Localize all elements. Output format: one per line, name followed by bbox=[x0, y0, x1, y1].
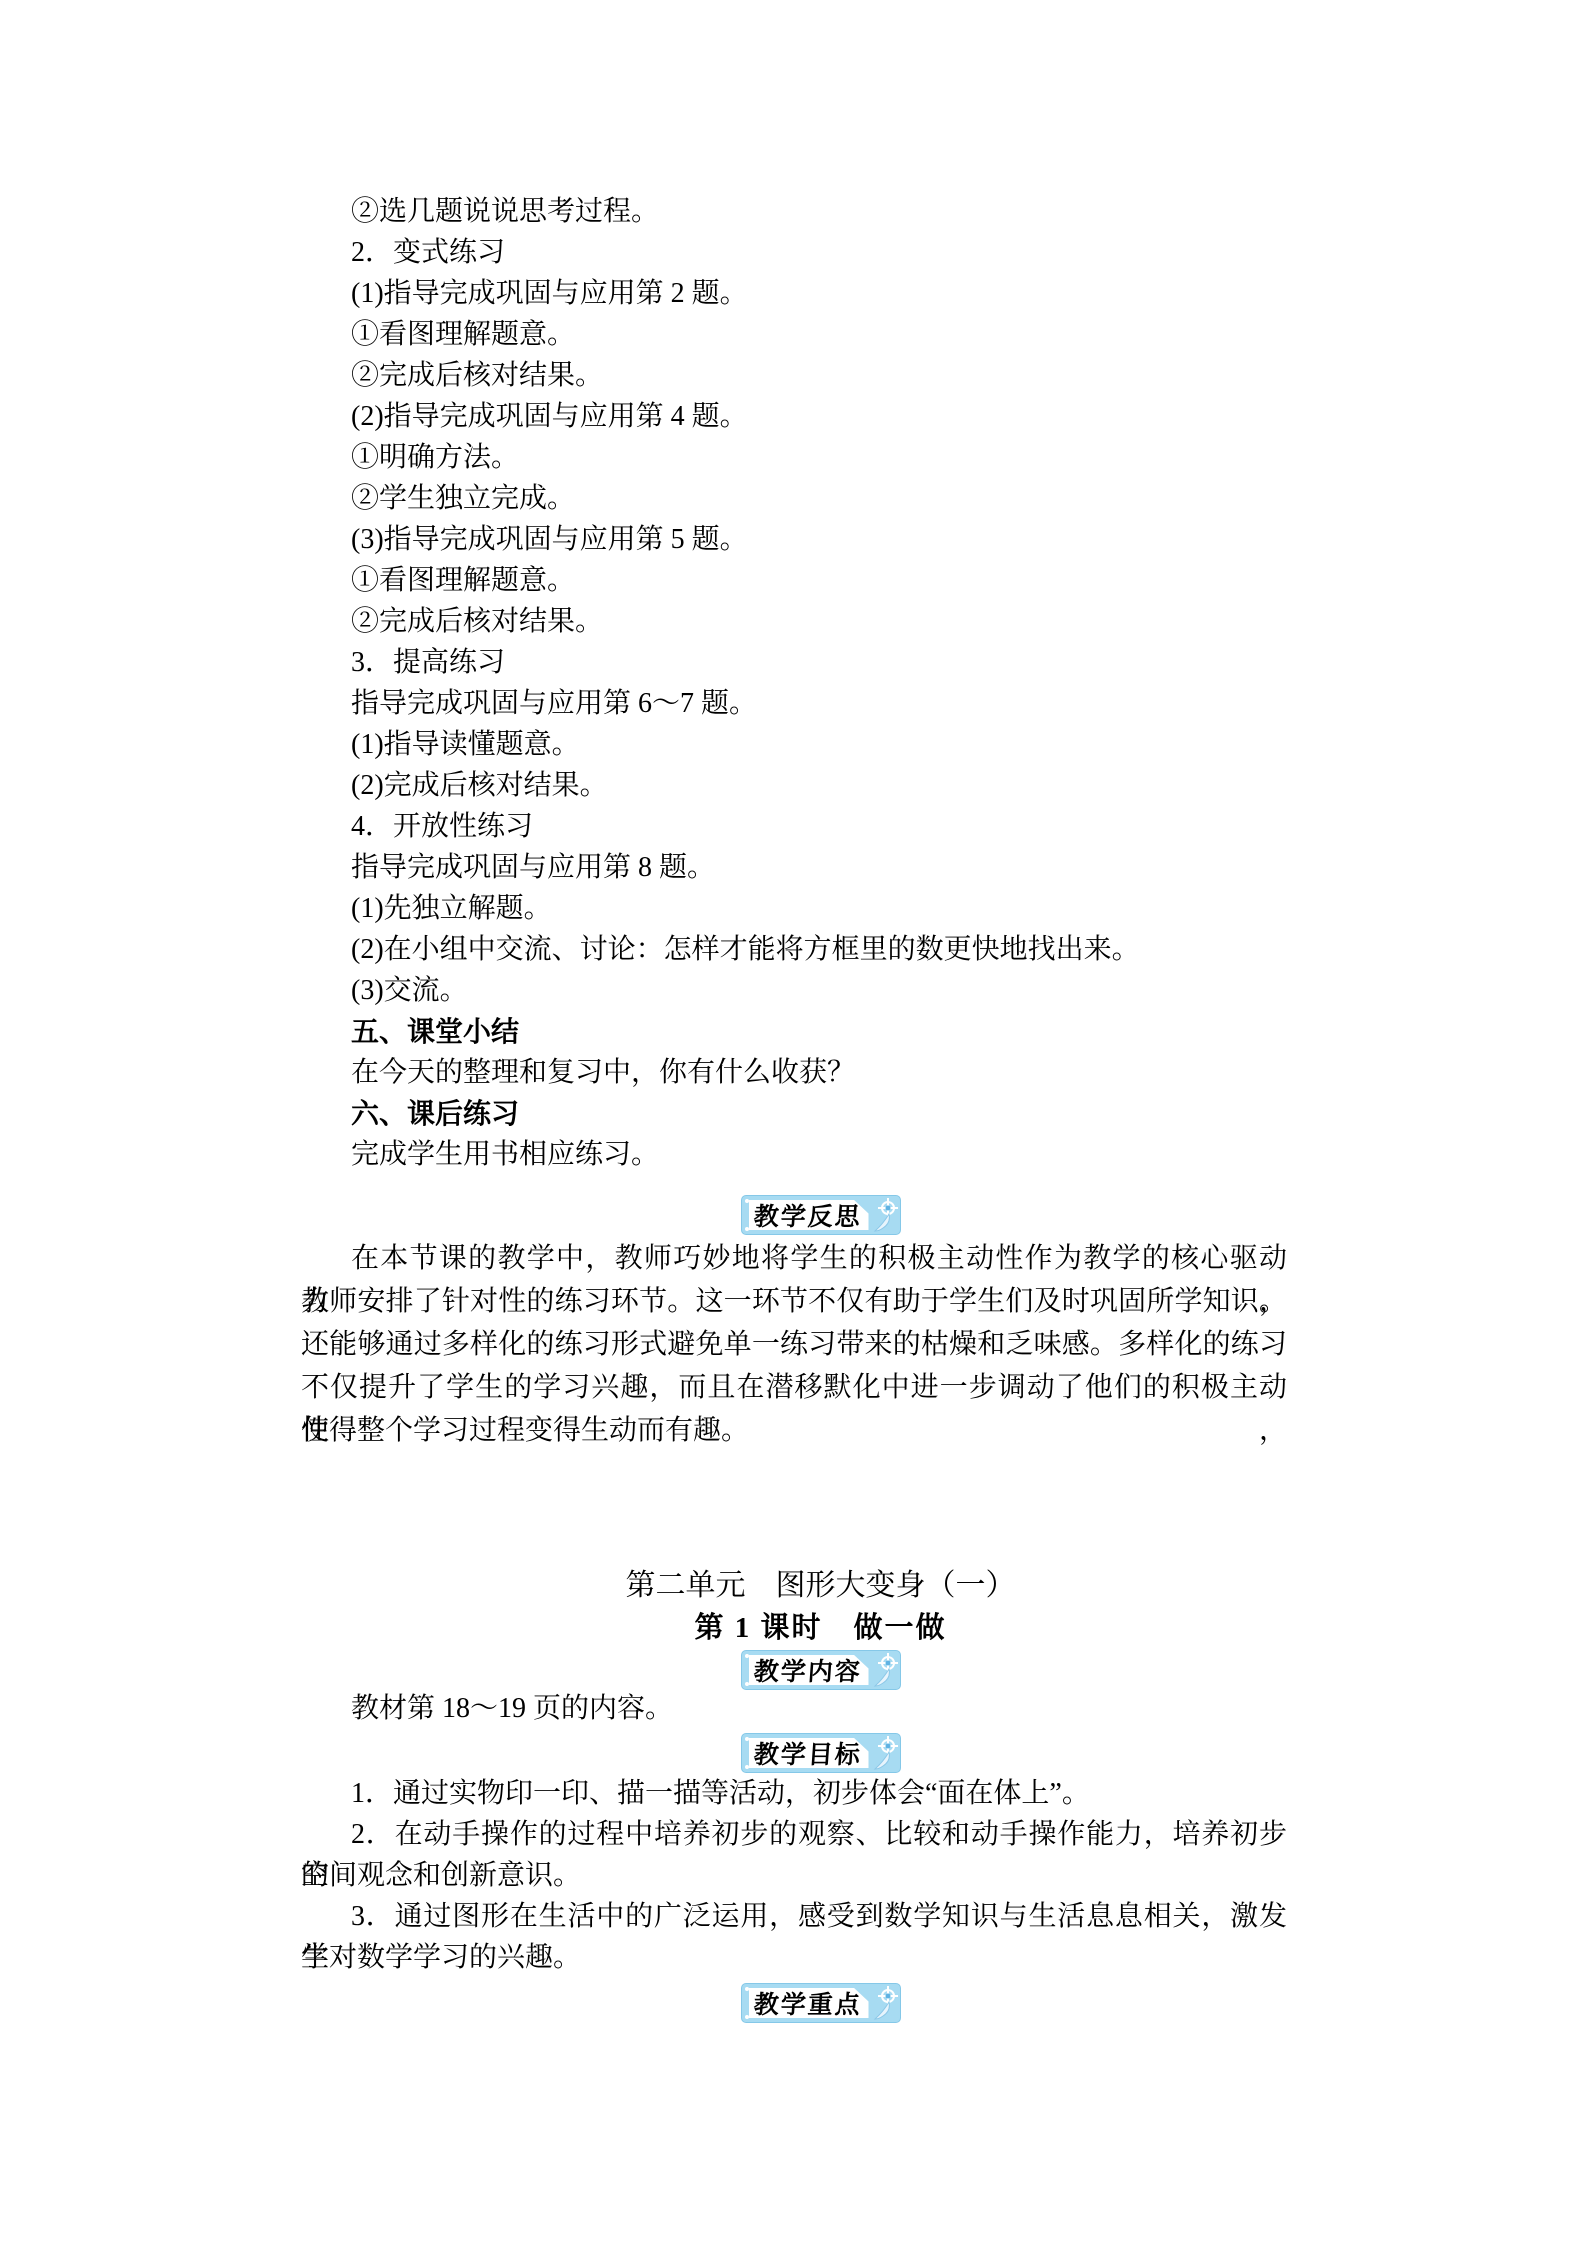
badge-label: 教学内容 bbox=[753, 1652, 864, 1688]
text-line: ②学生独立完成。 bbox=[301, 478, 1287, 519]
lesson-steps-block: ②选几题说说思考过程。 2．变式练习 (1)指导完成巩固与应用第 2 题。 ①看… bbox=[301, 191, 1287, 1175]
badge-panel: 教学内容 bbox=[749, 1655, 869, 1685]
text-line: 1．通过实物印一印、描一描等活动，初步体会“面在体上”。 bbox=[301, 1773, 1287, 1814]
text-line: ②完成后核对结果。 bbox=[301, 601, 1287, 642]
text-line: ①看图理解题意。 bbox=[301, 314, 1287, 355]
unit-title: 第二单元 图形大变身（一） bbox=[27, 1568, 1587, 1604]
text-line: (1)指导读懂题意。 bbox=[301, 724, 1287, 765]
text-line: 指导完成巩固与应用第 6～7 题。 bbox=[301, 683, 1287, 724]
badge-panel: 教学重点 bbox=[749, 1988, 869, 2018]
text-line: 空间观念和创新意识。 bbox=[301, 1855, 1287, 1896]
badge-label: 教学反思 bbox=[753, 1197, 864, 1233]
compass-feather-icon bbox=[867, 1735, 899, 1771]
text-line: 2．在动手操作的过程中培养初步的观察、比较和动手操作能力，培养初步的 bbox=[301, 1814, 1287, 1855]
badge-panel: 教学目标 bbox=[749, 1738, 869, 1768]
text-line: 指导完成巩固与应用第 8 题。 bbox=[301, 847, 1287, 888]
text-line: ②选几题说说思考过程。 bbox=[301, 191, 1287, 232]
teaching-goals-badge: 教学目标 bbox=[741, 1733, 901, 1773]
text-line: (2)在小组中交流、讨论：怎样才能将方框里的数更快地找出来。 bbox=[301, 929, 1287, 970]
text-line: (3)指导完成巩固与应用第 5 题。 bbox=[301, 519, 1287, 560]
text-line: 完成学生用书相应练习。 bbox=[301, 1134, 1287, 1175]
teaching-reflection-badge: 教学反思 bbox=[741, 1195, 901, 1235]
teaching-content-badge: 教学内容 bbox=[741, 1650, 901, 1690]
badge-label: 教学目标 bbox=[753, 1735, 864, 1771]
badge-label: 教学重点 bbox=[753, 1985, 864, 2021]
text-line: 4．开放性练习 bbox=[301, 806, 1287, 847]
lesson-title: 第 1 课时 做一做 bbox=[27, 1611, 1587, 1645]
text-line: (1)指导完成巩固与应用第 2 题。 bbox=[301, 273, 1287, 314]
badge-panel: 教学反思 bbox=[749, 1200, 869, 1230]
compass-feather-icon bbox=[867, 1652, 899, 1688]
text-line: 2．变式练习 bbox=[301, 232, 1287, 273]
teaching-focus-badge: 教学重点 bbox=[741, 1983, 901, 2023]
text-line: 还能够通过多样化的练习形式避免单一练习带来的枯燥和乏味感。多样化的练习 bbox=[301, 1323, 1287, 1366]
section-heading: 五、课堂小结 bbox=[301, 1011, 1287, 1052]
text-line: 3．提高练习 bbox=[301, 642, 1287, 683]
text-line: (2)指导完成巩固与应用第 4 题。 bbox=[301, 396, 1287, 437]
document-page: ②选几题说说思考过程。 2．变式练习 (1)指导完成巩固与应用第 2 题。 ①看… bbox=[0, 0, 1587, 2245]
text-line: 教材第 18～19 页的内容。 bbox=[301, 1688, 1287, 1729]
teaching-content-block: 教材第 18～19 页的内容。 bbox=[301, 1688, 1287, 1729]
text-line: (1)先独立解题。 bbox=[301, 888, 1287, 929]
text-line: 在本节课的教学中，教师巧妙地将学生的积极主动性作为教学的核心驱动力。 bbox=[301, 1237, 1287, 1280]
text-line: 教师安排了针对性的练习环节。这一环节不仅有助于学生们及时巩固所学知识， bbox=[301, 1280, 1287, 1323]
text-line: 在今天的整理和复习中，你有什么收获？ bbox=[301, 1052, 1287, 1093]
section-heading: 六、课后练习 bbox=[301, 1093, 1287, 1134]
teaching-goals-block: 1．通过实物印一印、描一描等活动，初步体会“面在体上”。 2．在动手操作的过程中… bbox=[301, 1773, 1287, 1978]
text-line: ②完成后核对结果。 bbox=[301, 355, 1287, 396]
text-line: 3．通过图形在生活中的广泛运用，感受到数学知识与生活息息相关，激发学 bbox=[301, 1896, 1287, 1937]
compass-feather-icon bbox=[867, 1197, 899, 1233]
reflection-paragraph: 在本节课的教学中，教师巧妙地将学生的积极主动性作为教学的核心驱动力。 教师安排了… bbox=[301, 1237, 1287, 1452]
text-line: 生对数学学习的兴趣。 bbox=[301, 1937, 1287, 1978]
text-line: (2)完成后核对结果。 bbox=[301, 765, 1287, 806]
compass-feather-icon bbox=[867, 1985, 899, 2021]
text-line: ①看图理解题意。 bbox=[301, 560, 1287, 601]
text-line: ①明确方法。 bbox=[301, 437, 1287, 478]
text-line: 不仅提升了学生的学习兴趣，而且在潜移默化中进一步调动了他们的积极主动性， bbox=[301, 1366, 1287, 1409]
text-line: (3)交流。 bbox=[301, 970, 1287, 1011]
